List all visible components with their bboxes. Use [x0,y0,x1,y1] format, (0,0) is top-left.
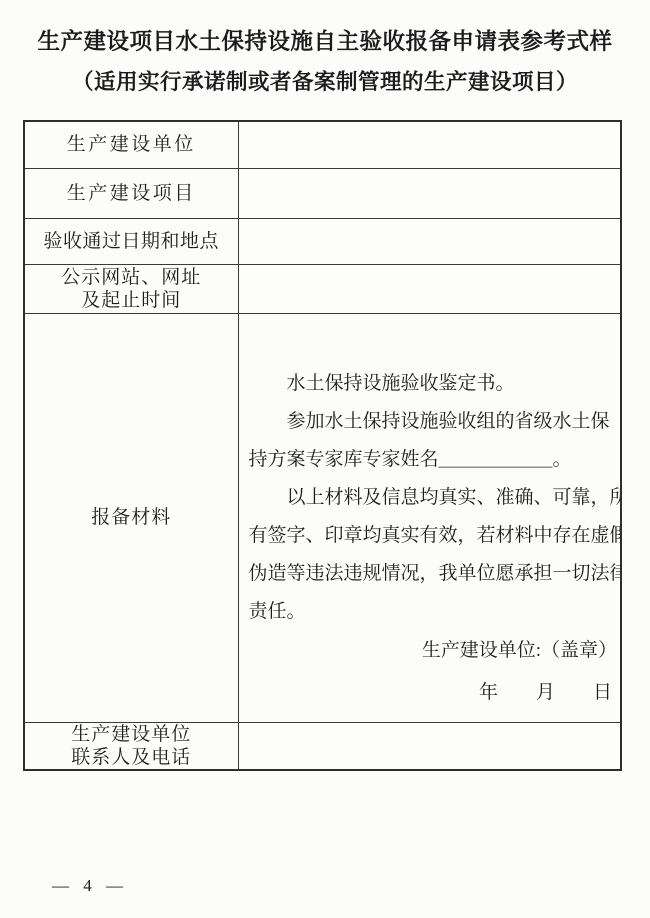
date-line: 年 月 日 [239,671,621,715]
materials-statement-text: 水土保持设施验收鉴定书。 参加水土保持设施验收组的省级水土保 持方案专家库专家姓… [239,365,621,631]
label-contact: 生产建设单位 联系人及电话 [24,722,238,770]
label-acceptance-date-location: 验收通过日期和地点 [24,218,238,264]
field-filing-materials: 水土保持设施验收鉴定书。 参加水土保持设施验收组的省级水土保 持方案专家库专家姓… [238,313,621,722]
document-title: 生产建设项目水土保持设施自主验收报备申请表参考式样 [0,26,650,58]
label-publicity-website: 公示网站、网址 及起止时间 [24,264,238,313]
document-subtitle: （适用实行承诺制或者备案制管理的生产建设项目） [0,64,650,100]
document-header: 生产建设项目水土保持设施自主验收报备申请表参考式样 （适用实行承诺制或者备案制管… [0,26,650,100]
field-construction-project [238,168,621,218]
form-row-filing-materials: 报备材料 水土保持设施验收鉴定书。 参加水土保持设施验收组的省级水土保 持方案专… [24,313,621,722]
application-form-table: 生产建设单位 生产建设项目 验收通过日期和地点 公示网站、网址 及起止时间 [23,120,622,771]
field-construction-unit [238,121,621,168]
signature-seal-line: 生产建设单位:（盖章） [239,631,621,671]
form-row-construction-unit: 生产建设单位 [24,121,621,168]
label-construction-project: 生产建设项目 [24,168,238,218]
field-contact [238,722,621,770]
form-row-construction-project: 生产建设项目 [24,168,621,218]
field-acceptance-date-location [238,218,621,264]
page-number: — 4 — [52,876,124,896]
form-row-publicity-website: 公示网站、网址 及起止时间 [24,264,621,313]
label-construction-unit: 生产建设单位 [24,121,238,168]
field-publicity-website [238,264,621,313]
scanned-form-page: 生产建设项目水土保持设施自主验收报备申请表参考式样 （适用实行承诺制或者备案制管… [0,0,650,918]
form-row-acceptance-date-location: 验收通过日期和地点 [24,218,621,264]
form-row-contact: 生产建设单位 联系人及电话 [24,722,621,770]
label-filing-materials: 报备材料 [24,313,238,722]
